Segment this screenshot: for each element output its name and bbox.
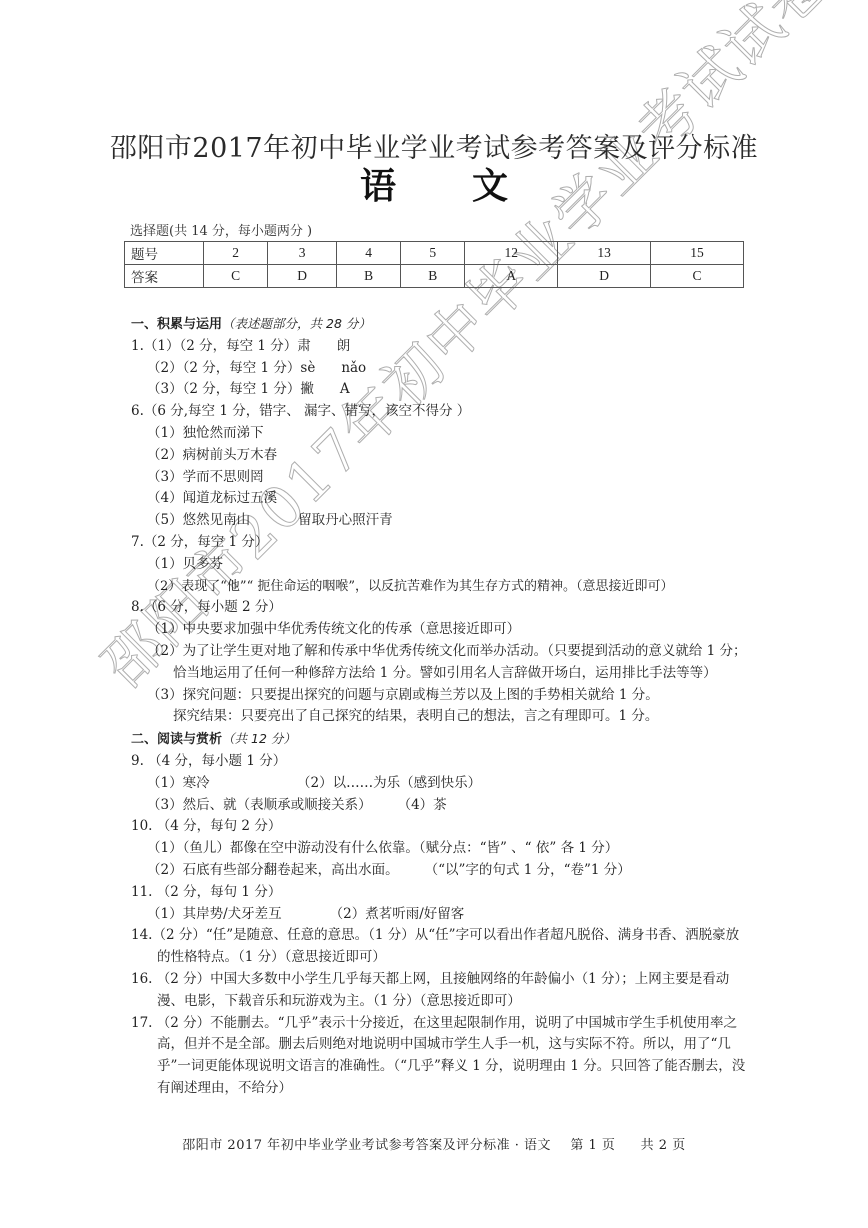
q8-item: （1）中央要求加强中华优秀传统文化的传承（意思接近即可） — [131, 619, 751, 641]
q9-row: （1）寒冷（2）以……为乐（感到快乐） — [131, 773, 751, 795]
q10-item: （2）石底有些部分翻卷起来，高出水面。（“以”字的句式 1 分，“卷”1 分） — [131, 860, 751, 882]
q6-heading: 6.（6 分,每空 1 分，错字、 漏字、错写，该空不得分 ） — [131, 401, 751, 423]
q6-item: （1）独怆然而涕下 — [131, 423, 751, 445]
section-heading-1: 一、积累与运用（表述题部分，共 28 分） — [131, 313, 751, 336]
q10-item: （1）（鱼儿）都像在空中游动没有什么依靠。（赋分点：“皆” 、“ 依” 各 1 … — [131, 838, 751, 860]
question-number: 15 — [651, 242, 744, 265]
multiple-choice-caption: 选择题(共 14 分，每小题两分 ) — [130, 220, 312, 239]
question-number: 13 — [558, 242, 651, 265]
q9-heading: 9. （4 分，每小题 1 分） — [131, 751, 751, 773]
question-number: 5 — [401, 242, 465, 265]
footer-page-number: 第 1 页 — [570, 1138, 615, 1153]
row-label-number: 题号 — [125, 242, 204, 265]
answer-text: （1）其岸势/犬牙差互 — [147, 906, 282, 922]
q11-heading: 11. （2 分，每句 1 分） — [131, 882, 751, 904]
q6-item: （3）学而不思则罔 — [131, 467, 751, 489]
answer-cell: C — [204, 265, 268, 288]
answer-cell: B — [401, 265, 465, 288]
answer-text: 留取丹心照汗青 — [298, 512, 393, 528]
answer-cell: A — [465, 265, 558, 288]
q10-heading: 10. （4 分，每句 2 分） — [131, 816, 751, 838]
section-note: （表述题部分，共 28 分） — [222, 316, 371, 331]
answer-text: （2）石底有些部分翻卷起来，高出水面。 — [147, 862, 399, 878]
answer-text: （“以”字的句式 1 分，“卷”1 分） — [425, 862, 631, 878]
row-label-answer: 答案 — [125, 265, 204, 288]
answer-text: 1.（1）（2 分，每空 1 分）肃 — [131, 338, 311, 354]
table-row-numbers: 题号 2 3 4 5 12 13 15 — [125, 242, 744, 265]
q8-heading: 8.（6 分，每小题 2 分） — [131, 597, 751, 619]
answer-text: （2）煮茗听雨/好留客 — [330, 906, 465, 922]
q8-item: 探究结果：只要亮出了自己探究的结果，表明自己的想法，言之有理即可。1 分。 — [131, 706, 751, 728]
section-note: （共 12 分） — [222, 731, 296, 746]
q17-answer: 17. （2 分）不能删去。“几乎”表示十分接近，在这里起限制作用，说明了中国城… — [131, 1013, 751, 1100]
answer-text: （4）茶 — [398, 797, 447, 813]
subject-title: 语文 — [0, 158, 868, 209]
q6-item: （4）闻道龙标过五溪 — [131, 488, 751, 510]
q6-item: （2）病树前头万木春 — [131, 445, 751, 467]
page-footer: 邵阳市 2017 年初中毕业学业考试参考答案及评分标准 · 语文 第 1 页 共… — [0, 1134, 868, 1153]
q11-row: （1）其岸势/犬牙差互（2）煮茗听雨/好留客 — [131, 904, 751, 926]
answer-text: A — [340, 381, 350, 397]
answer-cell: C — [651, 265, 744, 288]
answer-text: （5）悠然见南山 — [147, 512, 250, 528]
q7-heading: 7.（2 分，每空 1 分） — [131, 532, 751, 554]
question-number: 3 — [268, 242, 337, 265]
subject-char-2: 文 — [472, 158, 508, 209]
answer-cell: D — [558, 265, 651, 288]
table-row-answers: 答案 C D B B A D C — [125, 265, 744, 288]
q16-answer: 16. （2 分）中国大多数中小学生几乎每天都上网，且接触网络的年龄偏小（1 分… — [131, 969, 751, 1013]
answer-text: （2）（2 分，每空 1 分）sè — [147, 360, 315, 376]
answer-text: （3）然后、就（表顺承或顺接关系） — [147, 797, 372, 813]
q8-item: （3）探究问题：只要提出探究的问题与京剧或梅兰芳以及上图的手势相关就给 1 分。 — [131, 685, 751, 707]
answer-table: 题号 2 3 4 5 12 13 15 答案 C D B B A D C — [124, 241, 744, 288]
subject-char-1: 语 — [360, 158, 396, 209]
section-heading-2: 二、阅读与赏析（共 12 分） — [131, 728, 751, 751]
q8-item: （2）为了让学生更对地了解和传承中华优秀传统文化而举办活动。（只要提到活动的意义… — [131, 641, 751, 685]
answer-text: nǎo — [341, 360, 366, 376]
question-number: 2 — [204, 242, 268, 265]
answer-text: 朗 — [337, 338, 351, 354]
q7-item: （2）表现了“他”“ 扼住命运的咽喉”，以反抗苦难作为其生存方式的精神。（意思接… — [131, 576, 751, 598]
footer-total-pages: 共 2 页 — [641, 1138, 686, 1153]
q6-item: （5）悠然见南山留取丹心照汗青 — [131, 510, 751, 532]
section-title: 一、积累与运用 — [131, 317, 222, 332]
q7-item: （1）贝多芬 — [131, 554, 751, 576]
answer-text: （2）以……为乐（感到快乐） — [297, 775, 481, 791]
answer-text: （1）寒冷 — [147, 773, 297, 795]
answer-cell: B — [337, 265, 401, 288]
section-title: 二、阅读与赏析 — [131, 732, 222, 747]
q9-row: （3）然后、就（表顺承或顺接关系）（4）茶 — [131, 795, 751, 817]
answer-content: 一、积累与运用（表述题部分，共 28 分） 1.（1）（2 分，每空 1 分）肃… — [131, 313, 751, 1100]
answer-text: （3）（2 分，每空 1 分）撇 — [147, 381, 314, 397]
q1-part1: 1.（1）（2 分，每空 1 分）肃朗 — [131, 336, 751, 358]
answer-cell: D — [268, 265, 337, 288]
footer-title: 邵阳市 2017 年初中毕业学业考试参考答案及评分标准 · 语文 — [182, 1138, 551, 1153]
question-number: 4 — [337, 242, 401, 265]
q1-part2: （2）（2 分，每空 1 分）sènǎo — [131, 358, 751, 380]
q1-part3: （3）（2 分，每空 1 分）撇A — [131, 379, 751, 401]
question-number: 12 — [465, 242, 558, 265]
q14-answer: 14.（2 分）“任”是随意、任意的意思。（1 分）从“任”字可以看出作者超凡脱… — [131, 925, 751, 969]
